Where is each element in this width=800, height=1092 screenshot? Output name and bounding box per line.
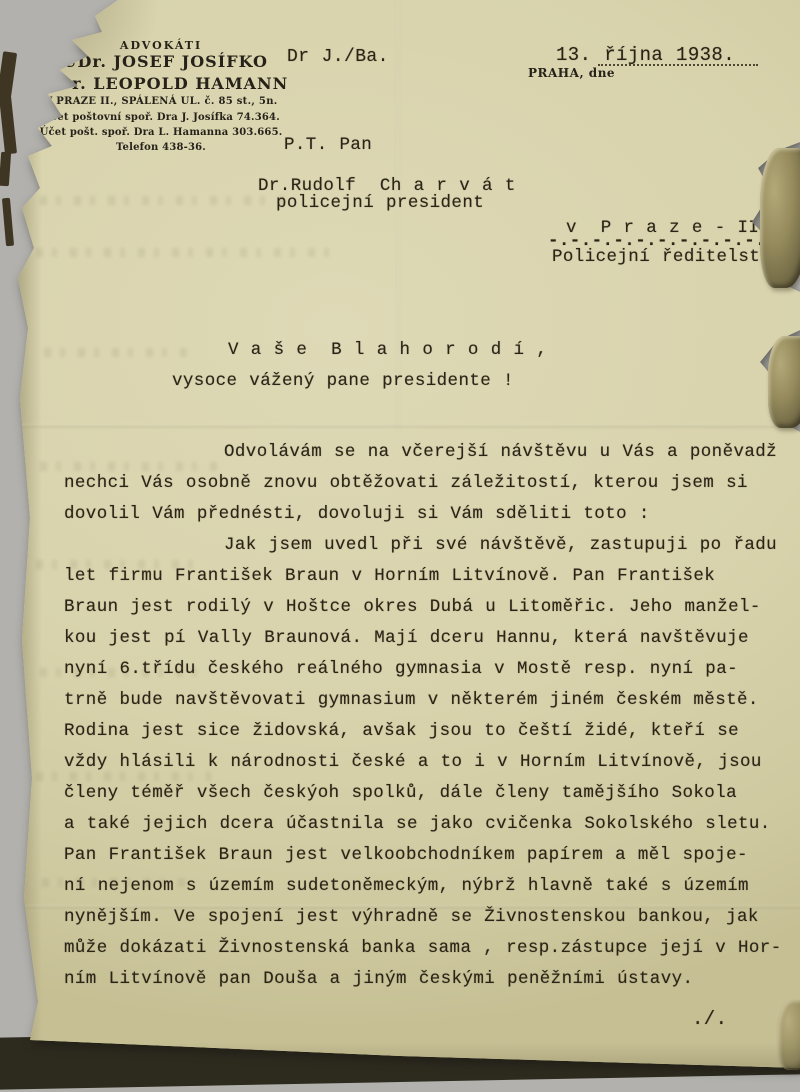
left-edge-shadow: [16, 0, 42, 1092]
body-line: členy téměř všech českýoh spolků, dále č…: [64, 783, 774, 814]
continuation-mark: ./.: [692, 1008, 727, 1030]
place-date-label: PRAHA, dne: [528, 66, 615, 80]
body-line: Pan František Braun jest velkoobchodníke…: [64, 845, 774, 876]
body-line: Rodina jest sice židovská, avšak jsou to…: [64, 721, 774, 752]
letterhead-account-2: Účet pošt. spoř. Dra L. Hamanna 303.665.: [33, 127, 289, 138]
letterhead-address: V PRAZE II., SPÁLENÁ UL. č. 85 st., 5n.: [33, 96, 289, 107]
body-line: nynějším. Ve spojení jest výhradně se Ži…: [64, 907, 774, 938]
bottom-edge-shadow: [0, 1042, 800, 1082]
letterhead-label: ADVOKÁTI: [33, 39, 289, 52]
recipient-office: Policejní ředitelství.: [552, 247, 793, 267]
bleed-through-text: [36, 248, 336, 257]
file-reference: Dr J./Ba.: [287, 47, 389, 67]
body-line: vždy hlásili k národnosti české a to i v…: [64, 752, 774, 783]
body-line: dovolil Vám přednésti, dovoluji si Vám s…: [64, 504, 774, 535]
date-dotted-line: [598, 64, 758, 66]
body-line: kou jest pí Vally Braunová. Mají dceru H…: [64, 628, 774, 659]
letterhead-phone: Telefon 438-36.: [33, 142, 289, 153]
bleed-through-text: [40, 196, 290, 205]
fold-crease: [0, 424, 800, 429]
salutation-line-2: vysoce vážený pane presidente !: [172, 371, 514, 391]
body-line: ní nejenom s územím sudetoněmeckým, nýbr…: [64, 876, 774, 907]
scanned-letter-page: { "letterhead": { "label": "ADVOKÁTI", "…: [0, 0, 800, 1092]
body-line: může dokázati Živnostenská banka sama , …: [64, 938, 774, 969]
letter-body: Odvolávám se na včerejší návštěvu u Vás …: [64, 442, 774, 1000]
body-line: nechci Vás osobně znovu obtěžovati zálež…: [64, 473, 774, 504]
paper-sheet-wrap: ADVOKÁTI JUDr. JOSEF JOSÍFKO JUDr. LEOPO…: [0, 0, 800, 1092]
body-line: ním Litvínově pan Douša a jiným českými …: [64, 969, 774, 1000]
bleed-through-text: [44, 348, 194, 357]
body-line: Braun jest rodilý v Hoštce okres Dubá u …: [64, 597, 774, 628]
body-line: nyní 6.třídu českého reálného gymnasia v…: [64, 659, 774, 690]
recipient-title: policejní president: [276, 193, 484, 213]
body-line: trně bude navštěvovati gymnasium v někte…: [64, 690, 774, 721]
letter-date: 13. října 1938.: [556, 44, 735, 66]
body-line: a také jejich dcera účastnila se jako cv…: [64, 814, 774, 845]
crumpled-edge-damage: [778, 1000, 800, 1070]
salutation-line-1: V a š e B l a h o r o d í ,: [228, 340, 547, 360]
crumpled-edge-damage: [768, 336, 800, 428]
letterhead-account-1: Účet poštovní spoř. Dra J. Josífka 74.36…: [33, 112, 289, 123]
body-line: Odvolávám se na včerejší návštěvu u Vás …: [64, 442, 774, 473]
recipient-prefix: P.T. Pan: [284, 135, 372, 155]
fold-crease: [396, 0, 400, 430]
letterhead-name-josifko: JUDr. JOSEF JOSÍFKO: [33, 52, 289, 71]
crumpled-edge-damage: [760, 148, 800, 288]
letterhead-name-hamann: JUDr. LEOPOLD HAMANN: [33, 74, 289, 93]
paper-sheet: ADVOKÁTI JUDr. JOSEF JOSÍFKO JUDr. LEOPO…: [0, 0, 800, 1092]
body-line: Jak jsem uvedl při své návštěvě, zastupu…: [64, 535, 774, 566]
body-line: let firmu František Braun v Horním Litví…: [64, 566, 774, 597]
